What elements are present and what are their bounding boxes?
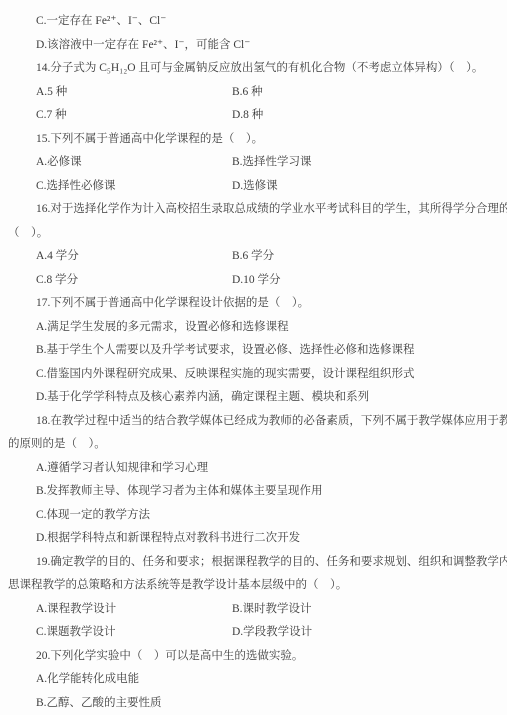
option-cell-left: A.4 学分: [36, 245, 232, 269]
continuation-line: 思课程教学的总策略和方法系统等是教学设计基本层级中的（ ）。: [0, 574, 507, 598]
exam-document-page: C.一定存在 Fe²⁺、I⁻、Cl⁻D.该溶液中一定存在 Fe²⁺、I⁻，可能含…: [0, 0, 507, 715]
option-row: A.4 学分B.6 学分: [0, 245, 507, 269]
question-list: C.一定存在 Fe²⁺、I⁻、Cl⁻D.该溶液中一定存在 Fe²⁺、I⁻，可能含…: [0, 0, 507, 715]
continuation-line: （ ）。: [0, 222, 507, 246]
option-row: C.8 学分D.10 学分: [0, 269, 507, 293]
option-cell-right: D.8 种: [232, 104, 263, 128]
option-row: A.5 种B.6 种: [0, 81, 507, 105]
question-line: 14.分子式为 C₅H₁₂O 且可与金属钠反应放出氢气的有机化合物（不考虑立体异…: [0, 57, 507, 81]
option-line: A.遵循学习者认知规律和学习心理: [0, 457, 507, 481]
question-line: 15.下列不属于普通高中化学课程的是（ ）。: [0, 128, 507, 152]
option-cell-left: A.5 种: [36, 81, 232, 105]
question-line: 16.对于选择化学作为计入高校招生录取总成绩的学业水平考试科目的学生，其所得学分…: [0, 198, 507, 222]
option-cell-left: A.必修课: [36, 151, 232, 175]
question-line: 18.在教学过程中适当的结合教学媒体已经成为教师的必备素质，下列不属于教学媒体应…: [0, 410, 507, 434]
option-row: C.课题教学设计D.学段教学设计: [0, 621, 507, 645]
question-line: 20.下列化学实验中（ ）可以是高中生的选做实验。: [0, 645, 507, 669]
option-cell-right: B.课时教学设计: [232, 598, 312, 622]
question-line: 17.下列不属于普通高中化学课程设计依据的是（ ）。: [0, 292, 507, 316]
option-cell-right: D.10 学分: [232, 269, 281, 293]
option-line: B.乙醇、乙酸的主要性质: [0, 692, 507, 715]
option-line: D.该溶液中一定存在 Fe²⁺、I⁻，可能含 Cl⁻: [0, 34, 507, 58]
option-cell-left: C.8 学分: [36, 269, 232, 293]
question-line: 19.确定教学的目的、任务和要求；根据课程教学的目的、任务和要求规划、组织和调整…: [0, 551, 507, 575]
option-line: C.借鉴国内外课程研究成果、反映课程实施的现实需要，设计课程组织形式: [0, 363, 507, 387]
option-line: A.化学能转化成电能: [0, 668, 507, 692]
option-cell-right: B.选择性学习课: [232, 151, 312, 175]
option-line: B.基于学生个人需要以及升学考试要求，设置必修、选择性必修和选修课程: [0, 339, 507, 363]
option-cell-left: A.课程教学设计: [36, 598, 232, 622]
continuation-line: 的原则的是（ ）。: [0, 433, 507, 457]
option-cell-right: B.6 学分: [232, 245, 274, 269]
option-cell-right: B.6 种: [232, 81, 263, 105]
option-row: C.选择性必修课D.选修课: [0, 175, 507, 199]
option-line: D.根据学科特点和新课程特点对教科书进行二次开发: [0, 527, 507, 551]
option-cell-left: C.7 种: [36, 104, 232, 128]
option-cell-right: D.学段教学设计: [232, 621, 312, 645]
option-row: C.7 种D.8 种: [0, 104, 507, 128]
option-line: C.体现一定的教学方法: [0, 504, 507, 528]
option-cell-right: D.选修课: [232, 175, 278, 199]
option-cell-left: C.课题教学设计: [36, 621, 232, 645]
option-row: A.课程教学设计B.课时教学设计: [0, 598, 507, 622]
option-line: B.发挥教师主导、体现学习者为主体和媒体主要呈现作用: [0, 480, 507, 504]
option-line: D.基于化学学科特点及核心素养内涵，确定课程主题、模块和系列: [0, 386, 507, 410]
option-row: A.必修课B.选择性学习课: [0, 151, 507, 175]
option-line: A.满足学生发展的多元需求，设置必修和选修课程: [0, 316, 507, 340]
option-line: C.一定存在 Fe²⁺、I⁻、Cl⁻: [0, 10, 507, 34]
option-cell-left: C.选择性必修课: [36, 175, 232, 199]
